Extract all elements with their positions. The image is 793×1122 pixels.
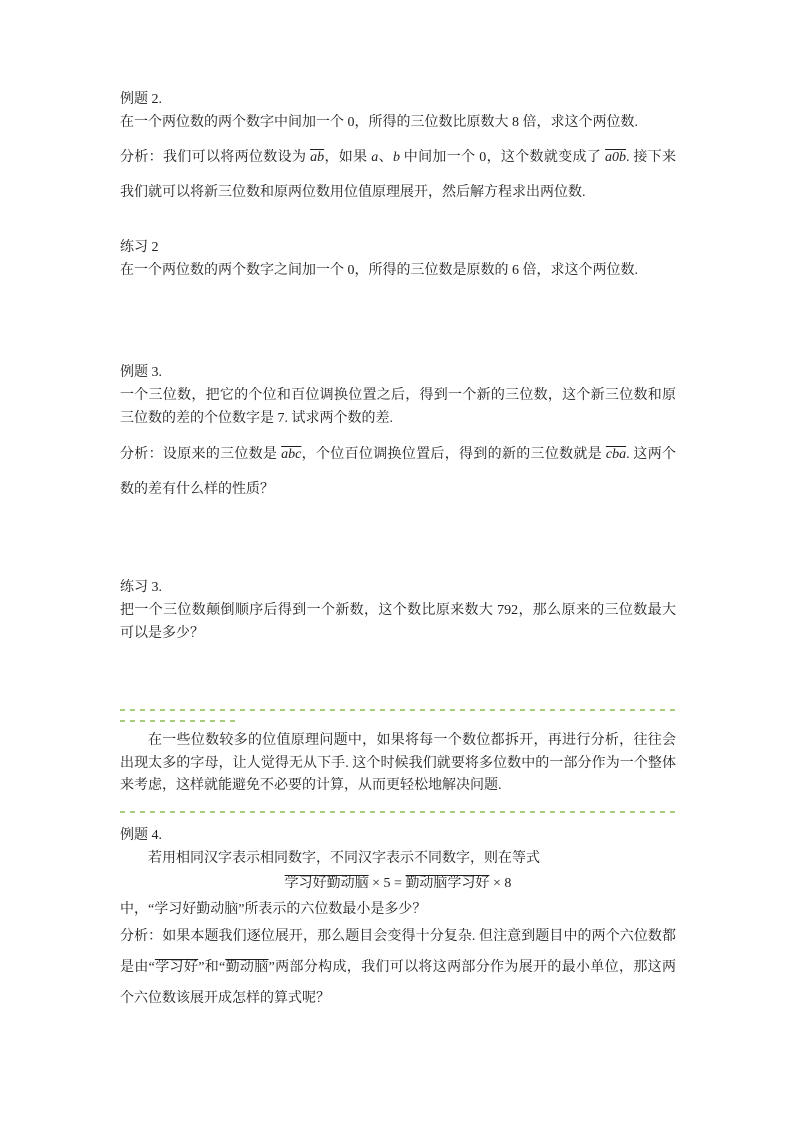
text-segment: 分析：设原来的三位数是 <box>120 447 281 462</box>
text-segment: ”和“ <box>198 960 225 975</box>
example2-title: 例题 2. <box>120 88 676 111</box>
math-notation: 学习好勤动脑 <box>285 876 369 891</box>
section-example2: 例题 2. 在一个两位数的两个数字中间加一个 0，所得的三位数比原数大 8 倍，… <box>120 88 676 210</box>
example4-analysis: 分析：如果本题我们逐位展开，那么题目会变得十分复杂. 但注意到题目中的两个六位数… <box>120 921 676 1014</box>
example2-analysis: 分析：我们可以将两位数设为 ab，如果 a、b 中间加一个 0，这个数就变成了 … <box>120 140 676 210</box>
exercise2-problem: 在一个两位数的两个数字之间加一个 0，所得的三位数是原数的 6 倍，求这个两位数… <box>120 259 676 282</box>
section-method-note: 在一些位数较多的位值原理问题中，如果将每一个数位都拆开，再进行分析，往往会出现太… <box>120 709 676 813</box>
example4-intro: 若用相同汉字表示相同数字，不同汉字表示不同数字，则在等式 <box>120 847 676 870</box>
text-segment: 分析：我们可以将两位数设为 <box>120 150 310 165</box>
math-notation: a0b <box>605 150 626 165</box>
math-notation: ab <box>310 150 324 165</box>
example4-formula: 学习好勤动脑 × 5 = 勤动脑学习好 × 8 <box>120 870 676 898</box>
exercise2-title: 练习 2 <box>120 236 676 259</box>
section-example3: 例题 3. 一个三位数，把它的个位和百位调换位置之后，得到一个新的三位数，这个新… <box>120 361 676 507</box>
text-segment: 、 <box>378 150 393 165</box>
math-notation: 勤动脑 <box>225 960 268 975</box>
math-notation: 勤动脑学习好 <box>405 876 489 891</box>
example4-question: 中，“学习好勤动脑”所表示的六位数最小是多少？ <box>120 898 676 921</box>
example3-title: 例题 3. <box>120 361 676 384</box>
dashed-divider-top <box>120 709 676 711</box>
math-notation: b <box>393 150 400 165</box>
example4-title: 例题 4. <box>120 824 676 847</box>
method-note-text: 在一些位数较多的位值原理问题中，如果将每一个数位都拆开，再进行分析，往往会出现太… <box>120 730 676 798</box>
text-segment: ，个位百位调换位置后，得到的新的三位数就是 <box>301 447 606 462</box>
section-exercise2: 练习 2 在一个两位数的两个数字之间加一个 0，所得的三位数是原数的 6 倍，求… <box>120 236 676 282</box>
text-segment: × 8 <box>489 876 511 891</box>
math-notation: 学习好 <box>155 960 198 975</box>
document-page: 例题 2. 在一个两位数的两个数字中间加一个 0，所得的三位数比原数大 8 倍，… <box>0 0 793 1122</box>
dashed-divider-top-wrap <box>120 720 238 722</box>
text-segment: × 5 = <box>369 876 406 891</box>
section-example4: 例题 4. 若用相同汉字表示相同数字，不同汉字表示不同数字，则在等式 学习好勤动… <box>120 824 676 1014</box>
exercise3-problem: 把一个三位数颠倒顺序后得到一个新数，这个数比原来数大 792，那么原来的三位数最… <box>120 599 676 645</box>
math-notation: cba <box>606 447 626 462</box>
text-segment: 中间加一个 0，这个数就变成了 <box>400 150 605 165</box>
example3-problem: 一个三位数，把它的个位和百位调换位置之后，得到一个新的三位数，这个新三位数和原三… <box>120 384 676 430</box>
example2-problem: 在一个两位数的两个数字中间加一个 0，所得的三位数比原数大 8 倍，求这个两位数… <box>120 111 676 134</box>
section-exercise3: 练习 3. 把一个三位数颠倒顺序后得到一个新数，这个数比原来数大 792，那么原… <box>120 576 676 645</box>
text-segment: ，如果 <box>324 150 371 165</box>
example3-analysis: 分析：设原来的三位数是 abc，个位百位调换位置后，得到的新的三位数就是 cba… <box>120 437 676 507</box>
dashed-divider-bottom <box>120 811 676 813</box>
exercise3-title: 练习 3. <box>120 576 676 599</box>
math-notation: abc <box>281 447 301 462</box>
